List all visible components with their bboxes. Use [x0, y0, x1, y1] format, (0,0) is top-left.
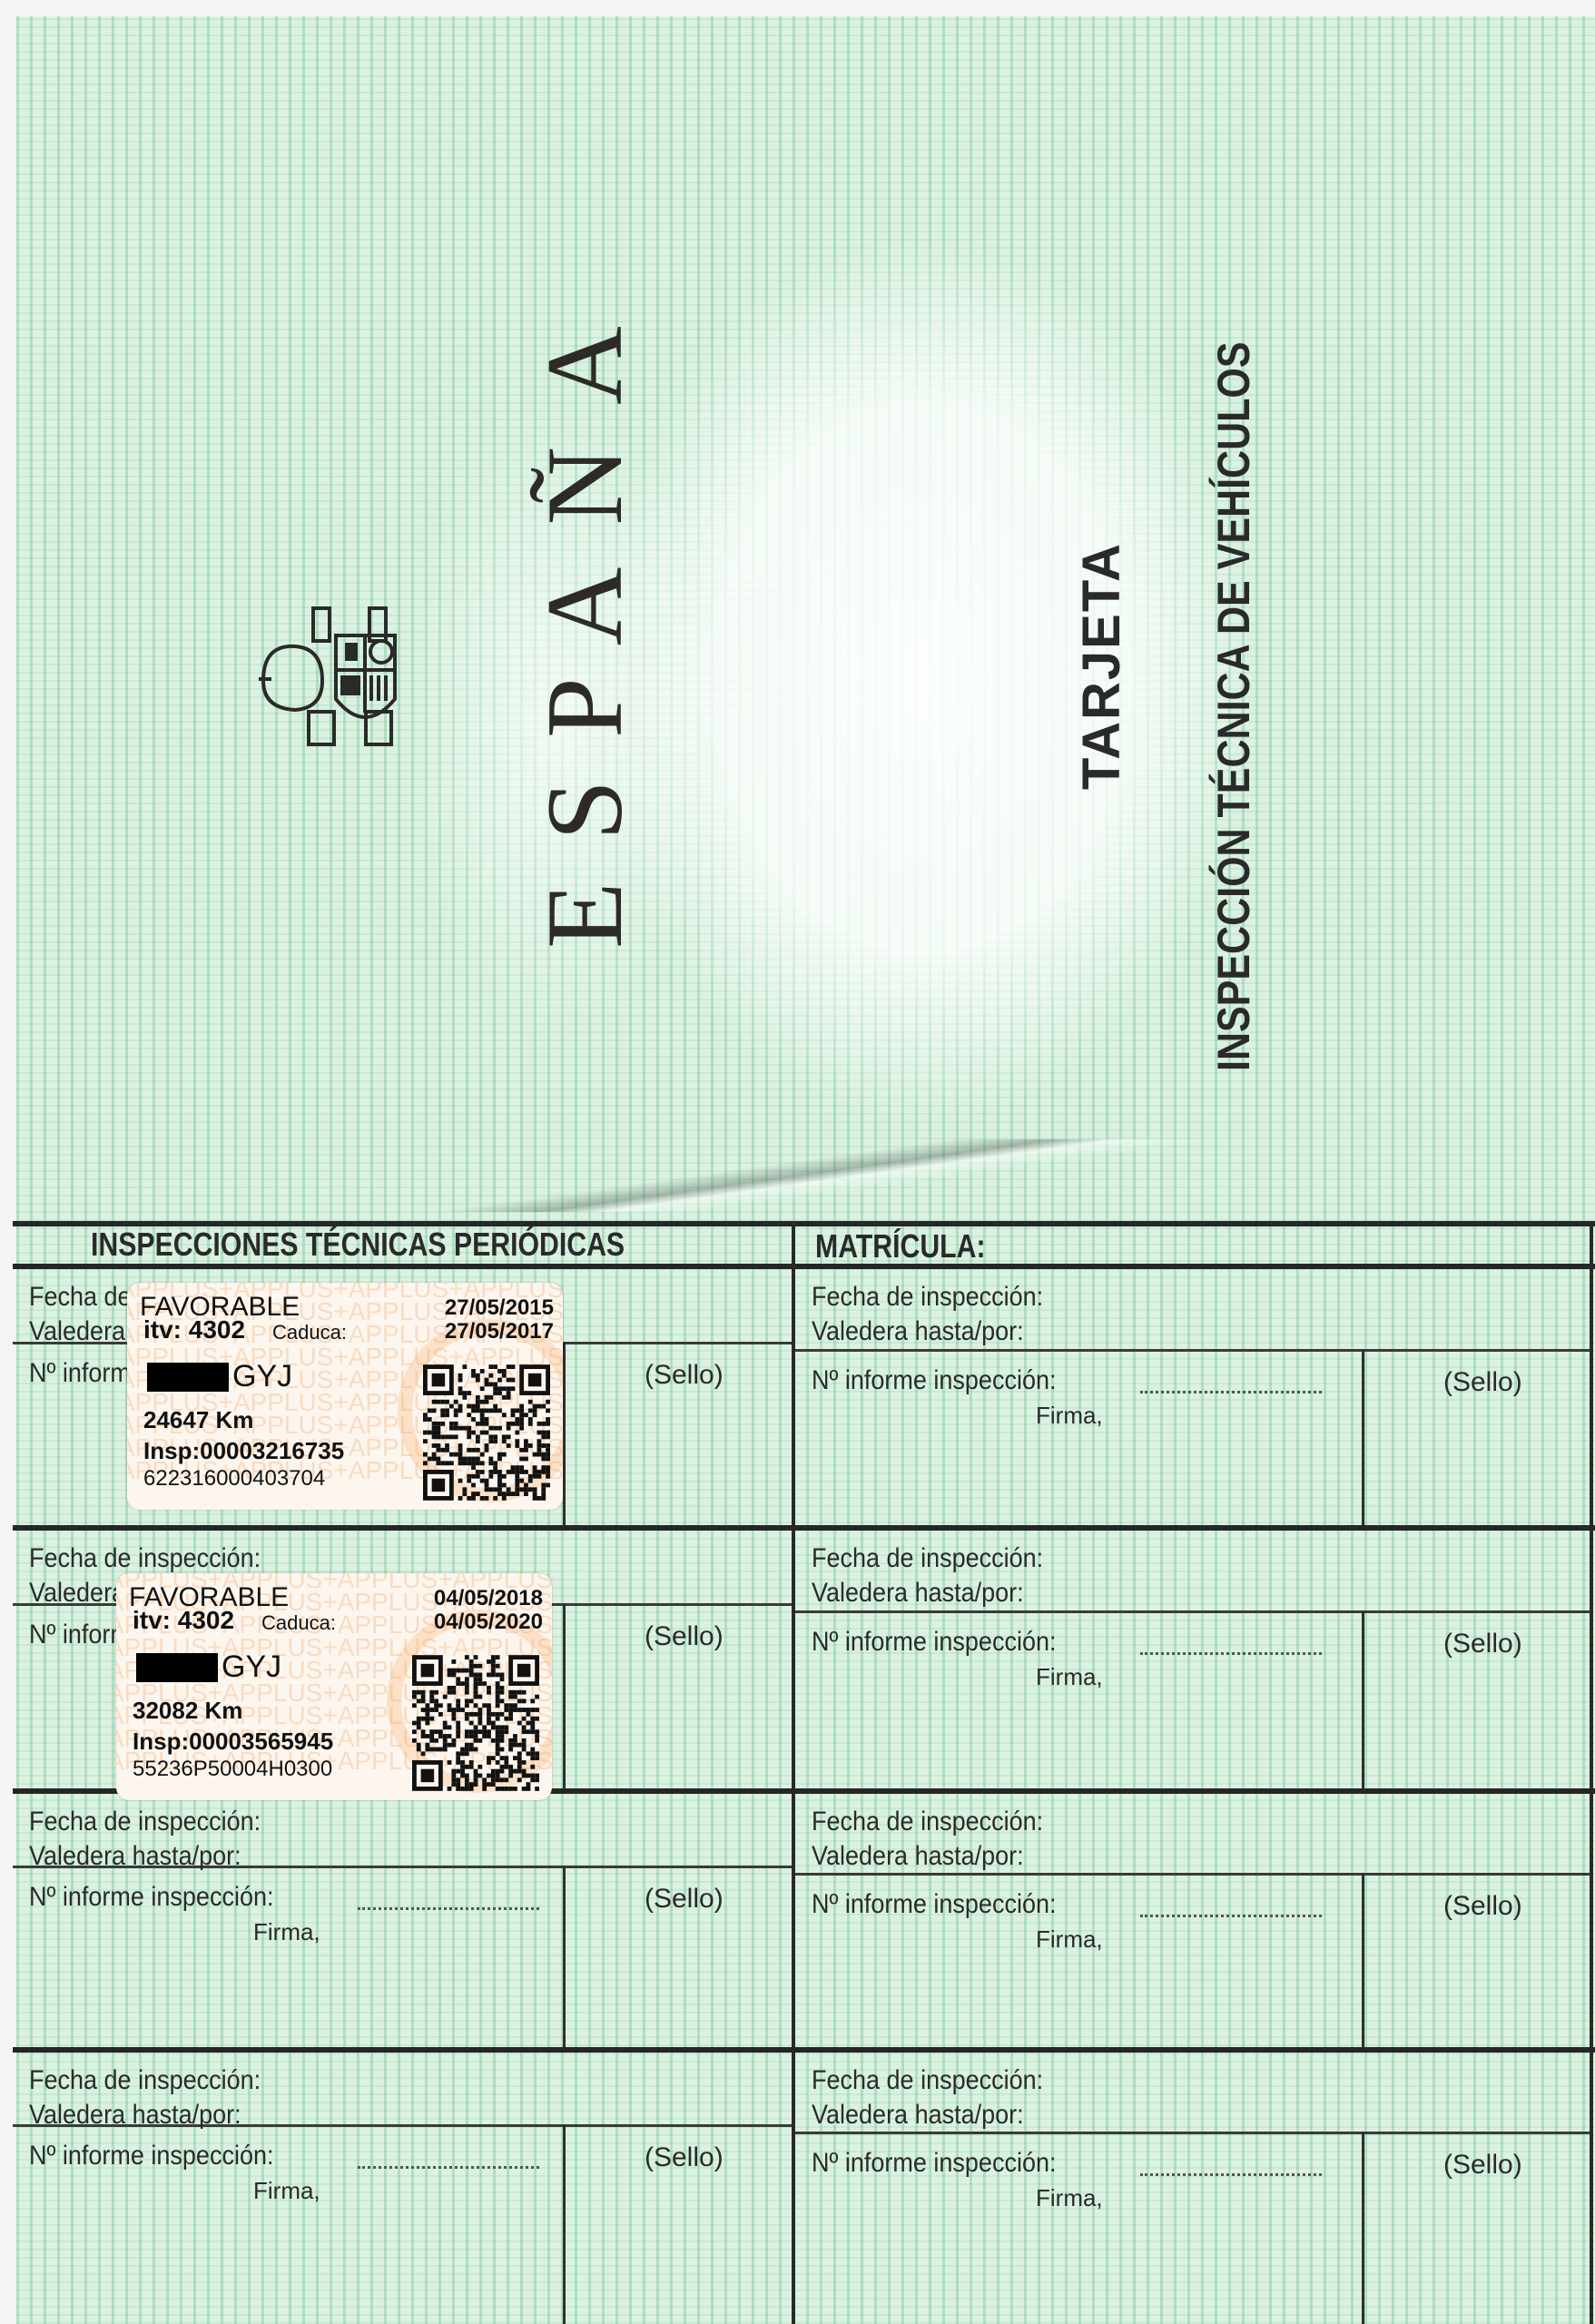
- label-sello: (Sello): [645, 2142, 724, 2173]
- label-sello: (Sello): [645, 1621, 724, 1652]
- label-informe-inspeccion: Nº informe inspección:: [812, 1889, 1056, 1920]
- itv-station: itv: 4302: [133, 1606, 234, 1635]
- seal-box-divider: [563, 1342, 566, 1525]
- itv-station: itv: 4302: [143, 1315, 245, 1344]
- label-informe-inspeccion: Nº informe inspección:: [29, 2141, 273, 2171]
- grid-line: [795, 1873, 1590, 1876]
- label-valedera-hasta: Valedera hasta/por:: [812, 1578, 1024, 1609]
- caduca-label: Caduca:: [261, 1611, 336, 1635]
- label-valedera-hasta: Valedera hasta/por:: [812, 1316, 1024, 1347]
- label-fecha-inspeccion: Fecha de inspección:: [812, 2065, 1043, 2096]
- plate-redaction: [147, 1363, 229, 1392]
- caduca-label: Caduca:: [272, 1321, 347, 1344]
- label-fecha-inspeccion: Fecha de inspección:: [29, 1543, 261, 1574]
- label-firma: Firma,: [253, 1918, 320, 1946]
- label-fecha-inspeccion: Fecha de inspección:: [812, 1807, 1043, 1837]
- column-divider: [792, 1221, 795, 2324]
- label-firma: Firma,: [1036, 2184, 1103, 2212]
- label-informe-inspeccion: Nº informe inspección:: [812, 2148, 1056, 2179]
- plate-redaction: [136, 1653, 218, 1682]
- itv-sticker: APPLUS+APPLUS+APPLUS+APPLUS+APPLUS+APPLU…: [116, 1573, 552, 1800]
- informe-dotted-line: [1140, 1915, 1322, 1917]
- mileage: 32082 Km: [133, 1697, 242, 1725]
- right-column-header: MATRÍCULA:: [815, 1227, 986, 1265]
- row-separator: [13, 1525, 1595, 1531]
- seal-box-divider: [1362, 2132, 1364, 2324]
- seal-box-divider: [563, 2124, 566, 2324]
- seal-box-divider: [1362, 1610, 1364, 1788]
- label-sello: (Sello): [1443, 1367, 1522, 1398]
- label-valedera-hasta: Valedera hasta/por:: [812, 2100, 1024, 2131]
- grid-line: [795, 2132, 1590, 2134]
- informe-dotted-line: [1140, 1652, 1322, 1655]
- informe-dotted-line: [358, 1907, 539, 1910]
- seal-box-divider: [1362, 1873, 1364, 2047]
- label-sello: (Sello): [1443, 1629, 1522, 1659]
- label-fecha-inspeccion: Fecha de inspección:: [812, 1543, 1043, 1574]
- seal-box-divider: [563, 1603, 566, 1788]
- paper-fold-crease: [0, 1139, 1595, 1212]
- label-valedera-hasta: Valedera hasta/por:: [29, 1841, 241, 1872]
- plate-suffix: GYJ: [232, 1359, 292, 1394]
- seal-box-divider: [1362, 1349, 1364, 1525]
- label-firma: Firma,: [253, 2177, 320, 2205]
- label-informe-inspeccion: Nº informe inspección:: [812, 1627, 1056, 1658]
- inspection-date: 04/05/2018: [434, 1586, 543, 1611]
- left-column-header: INSPECCIONES TÉCNICAS PERIÓDICAS: [91, 1226, 625, 1264]
- country-title: ESPAÑA: [522, 284, 647, 949]
- coat-of-arms-icon: [259, 599, 440, 753]
- seal-box-divider: [563, 1866, 566, 2047]
- itv-sticker: APPLUS+APPLUS+APPLUS+APPLUS+APPLUS+APPLU…: [127, 1283, 563, 1510]
- right-edge-line: [1590, 1221, 1593, 2324]
- card-word: TARJETA: [1071, 542, 1132, 790]
- card-title: INSPECCIÓN TÉCNICA DE VEHÍCULOS: [1207, 341, 1260, 1071]
- label-sello: (Sello): [645, 1360, 724, 1391]
- label-firma: Firma,: [1036, 1925, 1103, 1954]
- inspection-number: Insp:00003216735: [143, 1437, 344, 1465]
- grid-line: [13, 1264, 1595, 1269]
- label-sello: (Sello): [645, 1884, 724, 1915]
- qr-code-icon: [423, 1364, 550, 1501]
- informe-dotted-line: [1140, 1391, 1322, 1393]
- sticker-code: 622316000403704: [143, 1466, 325, 1492]
- informe-dotted-line: [358, 2166, 539, 2169]
- expiry-date: 04/05/2020: [434, 1610, 543, 1635]
- grid-line: [795, 1610, 1590, 1613]
- sticker-code: 55236P50004H0300: [133, 1757, 332, 1782]
- label-firma: Firma,: [1036, 1402, 1103, 1430]
- label-fecha-inspeccion: Fecha de inspección:: [29, 1807, 261, 1837]
- row-separator: [13, 2047, 1595, 2053]
- inspection-number: Insp:00003565945: [133, 1728, 333, 1756]
- grid-line: [795, 1349, 1590, 1352]
- label-firma: Firma,: [1036, 1663, 1103, 1691]
- informe-dotted-line: [1140, 2173, 1322, 2176]
- label-sello: (Sello): [1443, 1891, 1522, 1922]
- label-valedera-hasta: Valedera hasta/por:: [29, 2100, 241, 2131]
- plate-suffix: GYJ: [222, 1649, 281, 1685]
- mileage: 24647 Km: [143, 1406, 253, 1434]
- qr-code-icon: [412, 1655, 539, 1791]
- label-sello: (Sello): [1443, 2150, 1522, 2181]
- expiry-date: 27/05/2017: [445, 1319, 554, 1344]
- label-fecha-inspeccion: Fecha de inspección:: [812, 1282, 1043, 1313]
- label-fecha-inspeccion: Fecha de inspección:: [29, 2065, 261, 2096]
- label-informe-inspeccion: Nº informe inspección:: [812, 1365, 1056, 1396]
- label-valedera-hasta: Valedera hasta/por:: [812, 1841, 1024, 1872]
- label-informe-inspeccion: Nº informe inspección:: [29, 1882, 273, 1913]
- inspection-date: 27/05/2015: [445, 1295, 554, 1321]
